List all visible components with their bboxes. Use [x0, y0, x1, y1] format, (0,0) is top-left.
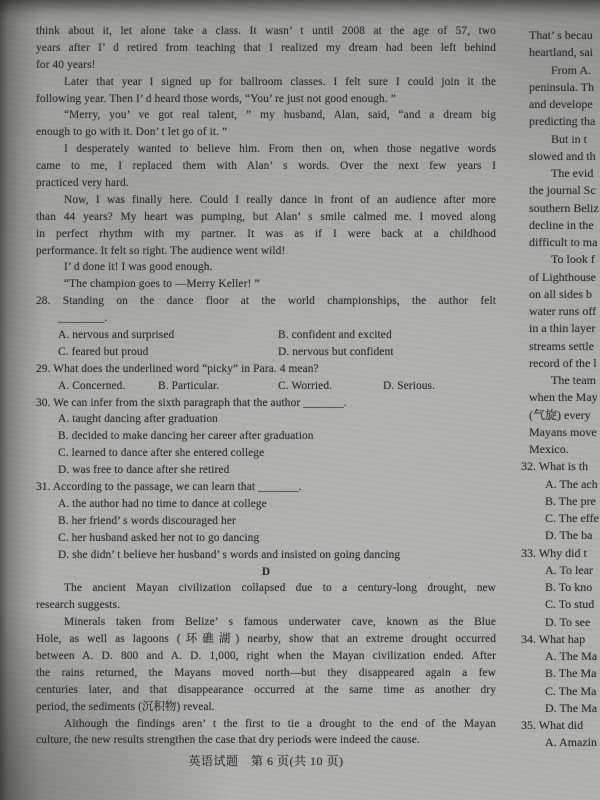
option-line: A. To lear: [521, 562, 600, 579]
question-line: 31. According to the passage, we can lea…: [36, 479, 496, 496]
question-line: 28. Standing on the dance floor at the w…: [36, 293, 496, 310]
question-line: 33. Why did t: [521, 545, 600, 562]
body-text-line: Although the findings aren’ t the first …: [36, 716, 496, 733]
body-text-line: enough to go with it. Don’ t let go of i…: [36, 124, 496, 141]
page-footer: 英语试题 第 6 页(共 10 页): [36, 752, 496, 769]
option-line: A. Amazin: [521, 734, 600, 751]
option-text: D. nervous but confident: [278, 344, 394, 361]
body-text-line: I’ d done it! I was good enough.: [36, 259, 496, 276]
body-text-line: “Merry, you’ ve got real talent, ” my hu…: [36, 107, 496, 124]
option-line: D. To see: [521, 614, 600, 631]
option-line: B. The pre: [521, 493, 600, 510]
section-d-heading: D: [36, 564, 496, 581]
answer-blank-line: ________.: [36, 310, 496, 327]
option-text: D. Serious.: [383, 378, 435, 395]
body-text-line: The evid: [521, 165, 600, 182]
body-text-line: decline in the: [521, 217, 600, 234]
option-line: A. Concerned.B. Particular.C. Worried.D.…: [36, 378, 496, 395]
option-line: D. she didn’ t believe her husband’ s wo…: [36, 547, 496, 564]
body-text-line: period, the sediments (沉积物) reveal.: [36, 699, 496, 716]
body-text-line: heartland, sai: [521, 44, 600, 61]
option-line: A. nervous and surprisedB. confident and…: [36, 327, 496, 344]
option-line: B. decided to make dancing her career af…: [36, 428, 496, 445]
body-text-line: the journal Sc: [521, 182, 600, 199]
option-line: B. To kno: [521, 579, 600, 596]
body-text-line: From A.: [521, 62, 600, 79]
right-text-column-partial: That’ s becauheartland, saiFrom A.penins…: [521, 27, 600, 752]
question-line: 34. What hap: [521, 631, 600, 648]
option-text: B. confident and excited: [278, 327, 392, 344]
body-text-line: record of the l: [521, 355, 600, 372]
body-text-line: The team: [521, 372, 600, 389]
body-text-line: think about it, let alone take a class. …: [36, 23, 496, 40]
body-text-line: (气旋) every: [521, 407, 600, 424]
body-text-line: The ancient Mayan civilization collapsed…: [36, 580, 496, 597]
body-text-line: difficult to ma: [521, 234, 600, 251]
question-line: 35. What did: [521, 717, 600, 734]
body-text-line: Minerals taken from Belize’ s famous und…: [36, 614, 496, 631]
body-text-line: in a thin layer: [521, 320, 600, 337]
option-line: C. The effe: [521, 510, 600, 527]
left-text-column: think about it, let alone take a class. …: [36, 23, 496, 749]
option-line: C. her husband asked her not to go danci…: [36, 530, 496, 547]
body-text-line: Mayans move: [521, 424, 600, 441]
body-text-line: research suggests.: [36, 597, 496, 614]
body-text-line: slowed and th: [521, 148, 600, 165]
question-line: 30. We can infer from the sixth paragrap…: [36, 395, 496, 412]
option-line: A. The ach: [521, 476, 600, 493]
option-line: B. The Ma: [521, 665, 600, 682]
option-text: B. Particular.: [158, 378, 219, 395]
body-text-line: I desperately wanted to believe him. Fro…: [36, 141, 496, 158]
option-line: D. was free to dance after she retired: [36, 462, 496, 479]
body-text-line: for 40 years!: [36, 57, 496, 74]
body-text-line: came to me, I replaced them with Alan’ s…: [36, 158, 496, 175]
option-line: A. taught dancing after graduation: [36, 411, 496, 428]
option-text: A. nervous and surprised: [58, 327, 174, 344]
body-text-line: of Lighthouse: [521, 269, 600, 286]
body-text-line: Hole, as well as lagoons (环礁湖) nearby, s…: [36, 631, 496, 648]
option-line: C. learned to dance after she entered co…: [36, 445, 496, 462]
body-text-line: That’ s becau: [521, 27, 600, 44]
option-line: C. The Ma: [521, 683, 600, 700]
option-line: A. the author had no time to dance at co…: [36, 496, 496, 513]
body-text-line: between A. D. 800 and A. D. 1,000, right…: [36, 648, 496, 665]
body-text-line: southern Beliz: [521, 200, 600, 217]
body-text-line: centuries later, and that disappearance …: [36, 682, 496, 699]
option-line: C. feared but proudD. nervous but confid…: [36, 344, 496, 361]
body-text-line: Mexico.: [521, 441, 600, 458]
body-text-line: when the May: [521, 389, 600, 406]
body-text-line: water runs off: [521, 303, 600, 320]
body-text-line: following year. Then I’ d heard those wo…: [36, 91, 496, 108]
option-line: C. To stud: [521, 596, 600, 613]
option-line: B. her friend’ s words discouraged her: [36, 513, 496, 530]
body-text-line: To look f: [521, 251, 600, 268]
option-text: C. Worried.: [278, 378, 332, 395]
body-text-line: Later that year I signed up for ballroom…: [36, 74, 496, 91]
body-text-line: performance. It felt so right. The audie…: [36, 243, 496, 260]
body-text-line: streams settle: [521, 338, 600, 355]
option-line: D. The Ma: [521, 700, 600, 717]
body-text-line: “The champion goes to —Merry Keller! ”: [36, 276, 496, 293]
body-text-line: practiced very hard.: [36, 175, 496, 192]
body-text-line: in perfect rhythm with my partner. It wa…: [36, 226, 496, 243]
option-text: A. Concerned.: [58, 378, 125, 395]
body-text-line: predicting tha: [521, 113, 600, 130]
body-text-line: culture, the new results strengthen the …: [36, 732, 496, 749]
photographed-exam-page: think about it, let alone take a class. …: [0, 0, 600, 800]
body-text-line: Now, I was finally here. Could I really …: [36, 192, 496, 209]
body-text-line: the rains returned, the Mayans moved nor…: [36, 665, 496, 682]
body-text-line: on all sides b: [521, 286, 600, 303]
body-text-line: peninsula. Th: [521, 79, 600, 96]
body-text-line: But in t: [521, 131, 600, 148]
body-text-line: than 44 years? My heart was pumping, but…: [36, 209, 496, 226]
option-line: A. The Ma: [521, 648, 600, 665]
question-line: 32. What is th: [521, 458, 600, 475]
option-text: C. feared but proud: [58, 344, 148, 361]
body-text-line: years after I’ d retired from teaching t…: [36, 40, 496, 57]
option-line: D. The ba: [521, 527, 600, 544]
question-line: 29. What does the underlined word “picky…: [36, 361, 496, 378]
body-text-line: and develope: [521, 96, 600, 113]
